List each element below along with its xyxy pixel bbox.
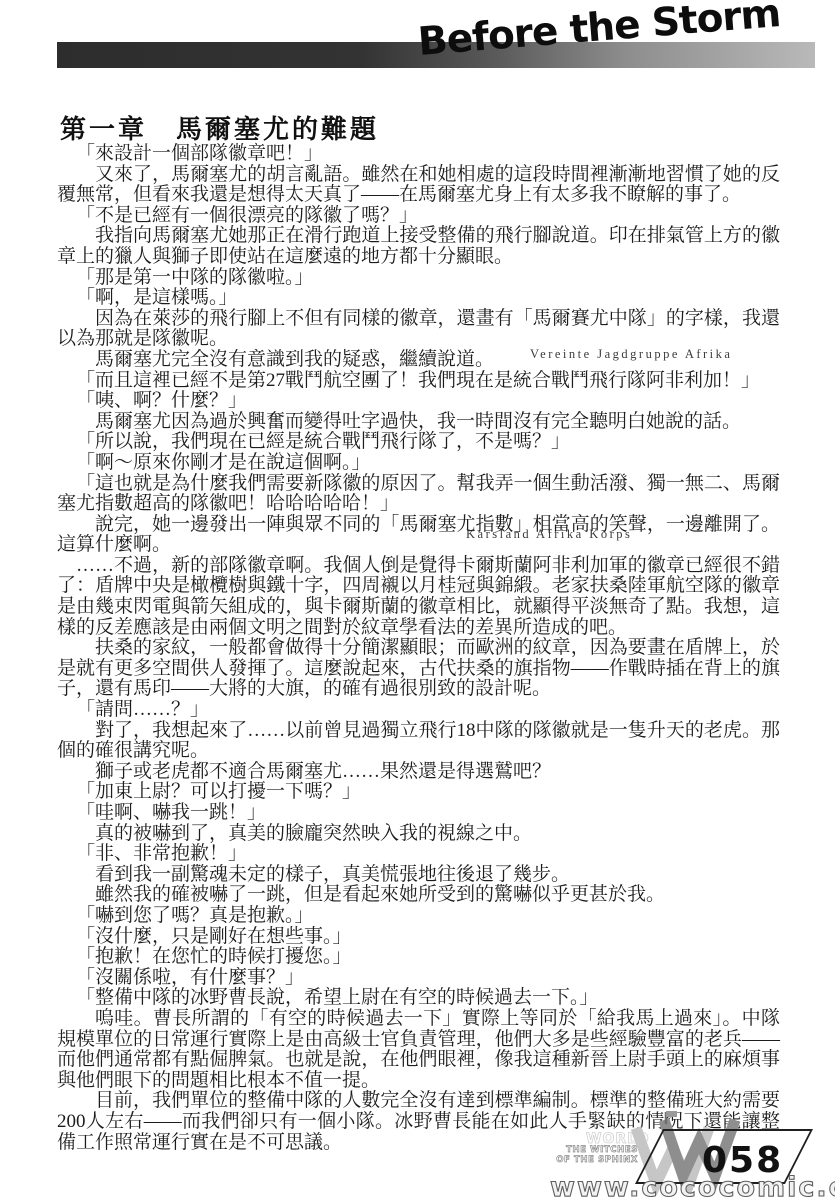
paragraph: 「那是第一中隊的隊徽啦。」 xyxy=(57,268,780,289)
paragraph: 「非、非常抱歉！」 xyxy=(57,844,780,865)
paragraph: 「而且這裡已經不是第27戰鬥航空團了！我們現在是統合戰鬥飛行隊阿非利加！」 xyxy=(57,371,780,392)
paragraph: 「請問……？」 xyxy=(57,700,780,721)
paragraph: 獅子或老虎都不適合馬爾塞尤……果然還是得選鷲吧？ xyxy=(57,762,780,783)
paragraph: 「哇啊、嚇我一跳！」 xyxy=(57,803,780,824)
paragraph: 我指向馬爾塞尤她那正在滑行跑道上接受整備的飛行腳說道。印在排氣管上方的徽章上的獵… xyxy=(57,226,780,267)
paragraph: 「嚇到您了嗎？真是抱歉。」 xyxy=(57,906,780,927)
paragraph: 「不是已經有一個很漂亮的隊徽了嗎？」 xyxy=(57,206,780,227)
paragraph: 「所以說，我們現在已經是統合戰鬥飛行隊了，不是嗎？」 xyxy=(57,432,780,453)
paragraph: 「沒關係啦，有什麼事？」 xyxy=(57,968,780,989)
paragraph: 「咦、啊？什麼？」 xyxy=(57,391,780,412)
paragraph: 「抱歉！在您忙的時候打擾您。」 xyxy=(57,947,780,968)
book-page: Before the Storm 第一章 馬爾塞尤的難題 「來設計一個部隊徽章吧… xyxy=(0,0,835,1200)
paragraph: 「沒什麼，只是剛好在想些事。」 xyxy=(57,927,780,948)
body-text: 「來設計一個部隊徽章吧！」 又來了，馬爾塞尤的胡言亂語。雖然在和她相處的這段時間… xyxy=(57,144,780,1153)
paragraph: 「加東上尉？可以打擾一下嗎？」 xyxy=(57,782,780,803)
paragraph: ……不過，新的部隊徽章啊。我個人倒是覺得卡爾斯蘭阿非利加軍的徽章已經很不錯了：盾… xyxy=(57,556,780,638)
paragraph: 說完，她一邊發出一陣與眾不同的「馬爾塞尤指數」相當高的笑聲，一邊離開了。這算什麼… xyxy=(57,515,780,556)
paragraph: 扶桑的家紋，一般都會做得十分簡潔顯眼；而歐洲的紋章，因為要畫在盾牌上，於是就有更… xyxy=(57,638,780,700)
paragraph: 「整備中隊的冰野曹長說，希望上尉在有空的時候過去一下。」 xyxy=(57,988,780,1009)
series-logo-text: THE WITCHES OF THE SPHINX xyxy=(528,1146,638,1165)
paragraph: 馬爾塞尤因為過於興奮而變得吐字過快，我一時間沒有完全聽明白她說的話。 xyxy=(57,412,780,433)
paragraph: 真的被嚇到了，真美的臉龐突然映入我的視線之中。 xyxy=(57,824,780,845)
ruby-annotation-karsland-afrika-korps: Karsland Afrika Korps xyxy=(466,527,632,542)
ruby-annotation-vereinte-jagdgruppe-afrika: Vereinte Jagdgruppe Afrika xyxy=(530,347,732,362)
watermark: www.cococomic.com xyxy=(550,1172,835,1200)
series-logo-line2: OF THE SPHINX xyxy=(528,1156,638,1166)
paragraph: 「來設計一個部隊徽章吧！」 xyxy=(57,144,780,165)
paragraph: 對了，我想起來了……以前曾見過獨立飛行18中隊的隊徽就是一隻升天的老虎。那個的確… xyxy=(57,721,780,762)
paragraph: 「啊～原來你剛才是在說這個啊。」 xyxy=(57,453,780,474)
paragraph: 「啊，是這樣嗎。」 xyxy=(57,288,780,309)
paragraph: 看到我一副驚魂未定的樣子，真美慌張地往後退了幾步。 xyxy=(57,865,780,886)
paragraph: 嗚哇。曹長所謂的「有空的時候過去一下」實際上等同於「給我馬上過來」。中隊規模單位… xyxy=(57,1009,780,1091)
paragraph: 因為在萊莎的飛行腳上不但有同樣的徽章，還畫有「馬爾賽尤中隊」的字樣，我還以為那就… xyxy=(57,309,780,350)
paragraph: 雖然我的確被嚇了一跳，但是看起來她所受到的驚嚇似乎更甚於我。 xyxy=(57,885,780,906)
paragraph: 又來了，馬爾塞尤的胡言亂語。雖然在和她相處的這段時間裡漸漸地習慣了她的反覆無常，… xyxy=(57,165,780,206)
chapter-title: 第一章 馬爾塞尤的難題 xyxy=(60,109,379,146)
paragraph: 「這也就是為什麼我們需要新隊徽的原因了。幫我弄一個生動活潑、獨一無二、馬爾塞尤指… xyxy=(57,474,780,515)
